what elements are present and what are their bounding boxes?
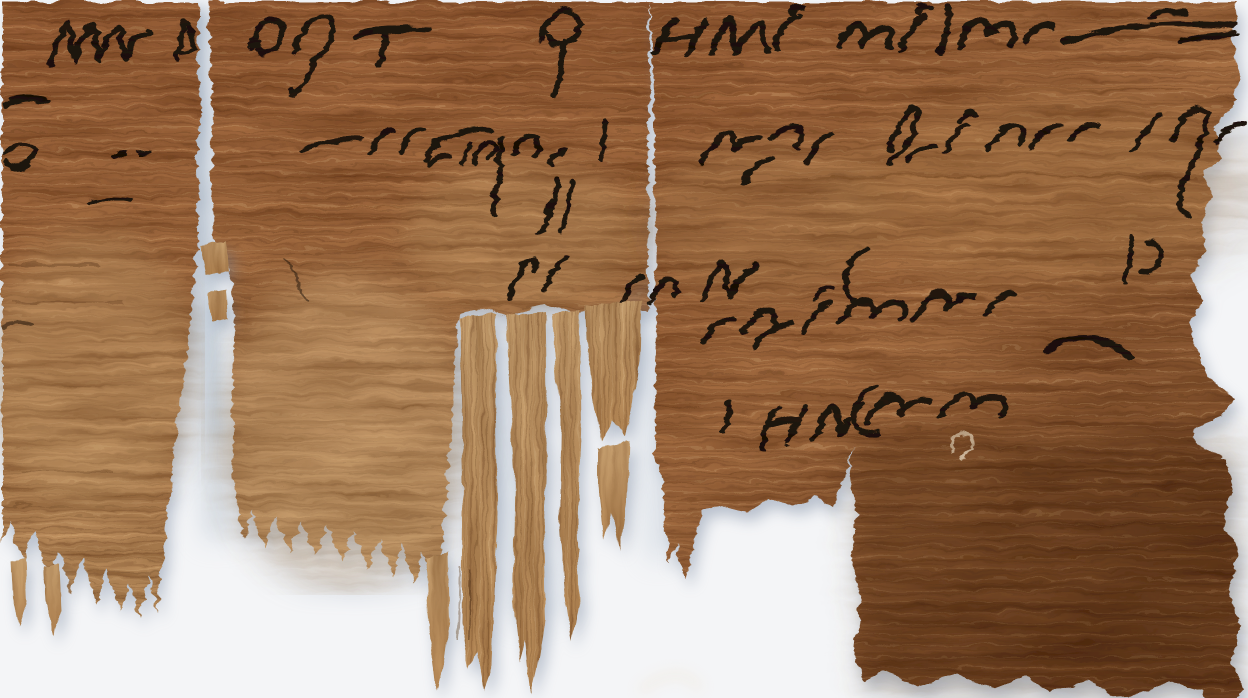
papyrus-figure (0, 0, 1248, 698)
light-wear-patch (400, 160, 640, 310)
dark-stained-area (845, 430, 1240, 698)
light-wear-patch (214, 270, 474, 590)
papyrus-photo (0, 0, 1248, 698)
fiber-strip-texture (458, 312, 496, 690)
